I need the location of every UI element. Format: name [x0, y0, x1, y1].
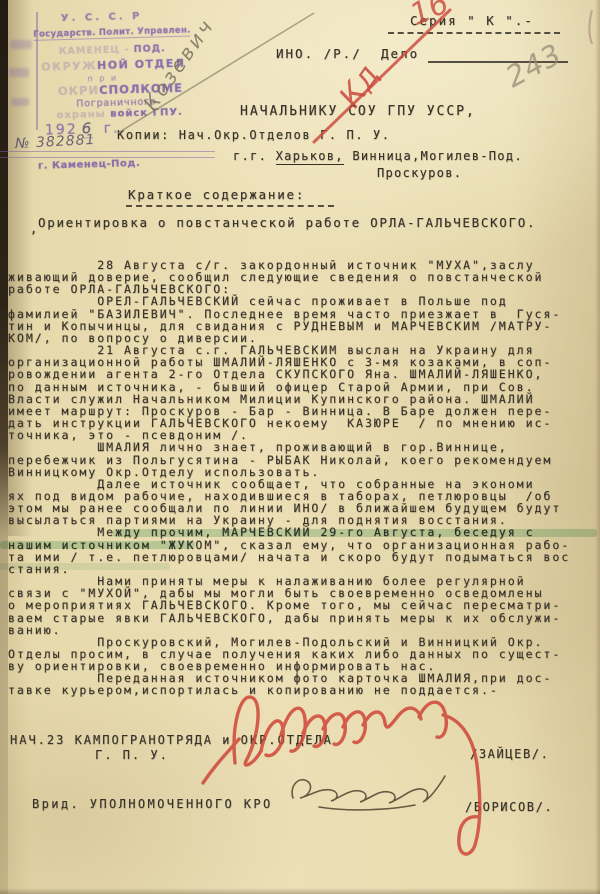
summary-dashed-underline	[126, 205, 334, 207]
stamp-line2: Государств. Полит. Управлен.	[33, 25, 191, 40]
stamp-line3: КАМЕНЕЦ - ПОД.	[59, 43, 166, 57]
ink-signature-borisov	[292, 776, 445, 810]
pencil-page-number: 243	[500, 37, 567, 94]
green-highlight-2	[0, 541, 195, 549]
partial-stamp-fragment	[9, 68, 29, 77]
summary-line: Ориентировка о повстанческой работе ОРЛА…	[38, 215, 536, 230]
partial-stamp-fragment	[11, 98, 29, 106]
signer2-name: /БОРИСОВ/.	[465, 800, 553, 814]
red-pencil-number: 16	[405, 0, 454, 33]
stamp-ussr: У. С. С. Р	[61, 11, 143, 24]
corner-pencil-mark	[589, 10, 592, 44]
page-right-shadow	[595, 0, 600, 894]
page-left-dark-edge	[0, 0, 8, 894]
city-kharkov-underlined: Харьков,	[276, 149, 344, 165]
red-ink-signature	[203, 697, 480, 854]
green-highlight-3	[0, 563, 170, 570]
dept-label: ИНО. /Р./	[276, 46, 362, 61]
copies-line: Копии: Нач.Окр.Отделов Г. П. У.	[117, 128, 391, 142]
signer1-name: /ЗАЙЦЕВ/.	[470, 747, 549, 761]
document-body-text: 28 Августа с/г. закордонный источник "МУ…	[8, 259, 570, 697]
cities-line: г.г. Харьков, Винница,Могилев-Под.	[233, 149, 523, 163]
signer2-position: Врид. УПОЛНОМОЧЕННОГО КРО	[32, 797, 273, 811]
horizontal-rule	[0, 232, 600, 237]
cities-line-2: Проскуров.	[377, 166, 462, 180]
summary-label: Краткое содержание:	[128, 187, 305, 202]
scanned-document-page: У. С. С. Р Государств. Полит. Управлен. …	[0, 0, 600, 894]
signer1-position-line2: Г. П. У.	[95, 748, 169, 762]
case-label: Дело	[381, 46, 419, 61]
stamp-double-line	[0, 151, 215, 158]
page-bottom-shadow	[0, 888, 600, 894]
signer1-position-line1: НАЧ.23 КАМПОГРАНОТРЯДА и ОКР.ОТДЕЛА	[10, 733, 333, 747]
green-highlight-1	[113, 529, 597, 537]
addressee-line: НАЧАЛЬНИКУ СОУ ГПУ УССР,	[240, 104, 476, 119]
series-dashed-underline	[388, 32, 560, 34]
stamp-city: г. Каменец-Под.	[38, 158, 141, 172]
